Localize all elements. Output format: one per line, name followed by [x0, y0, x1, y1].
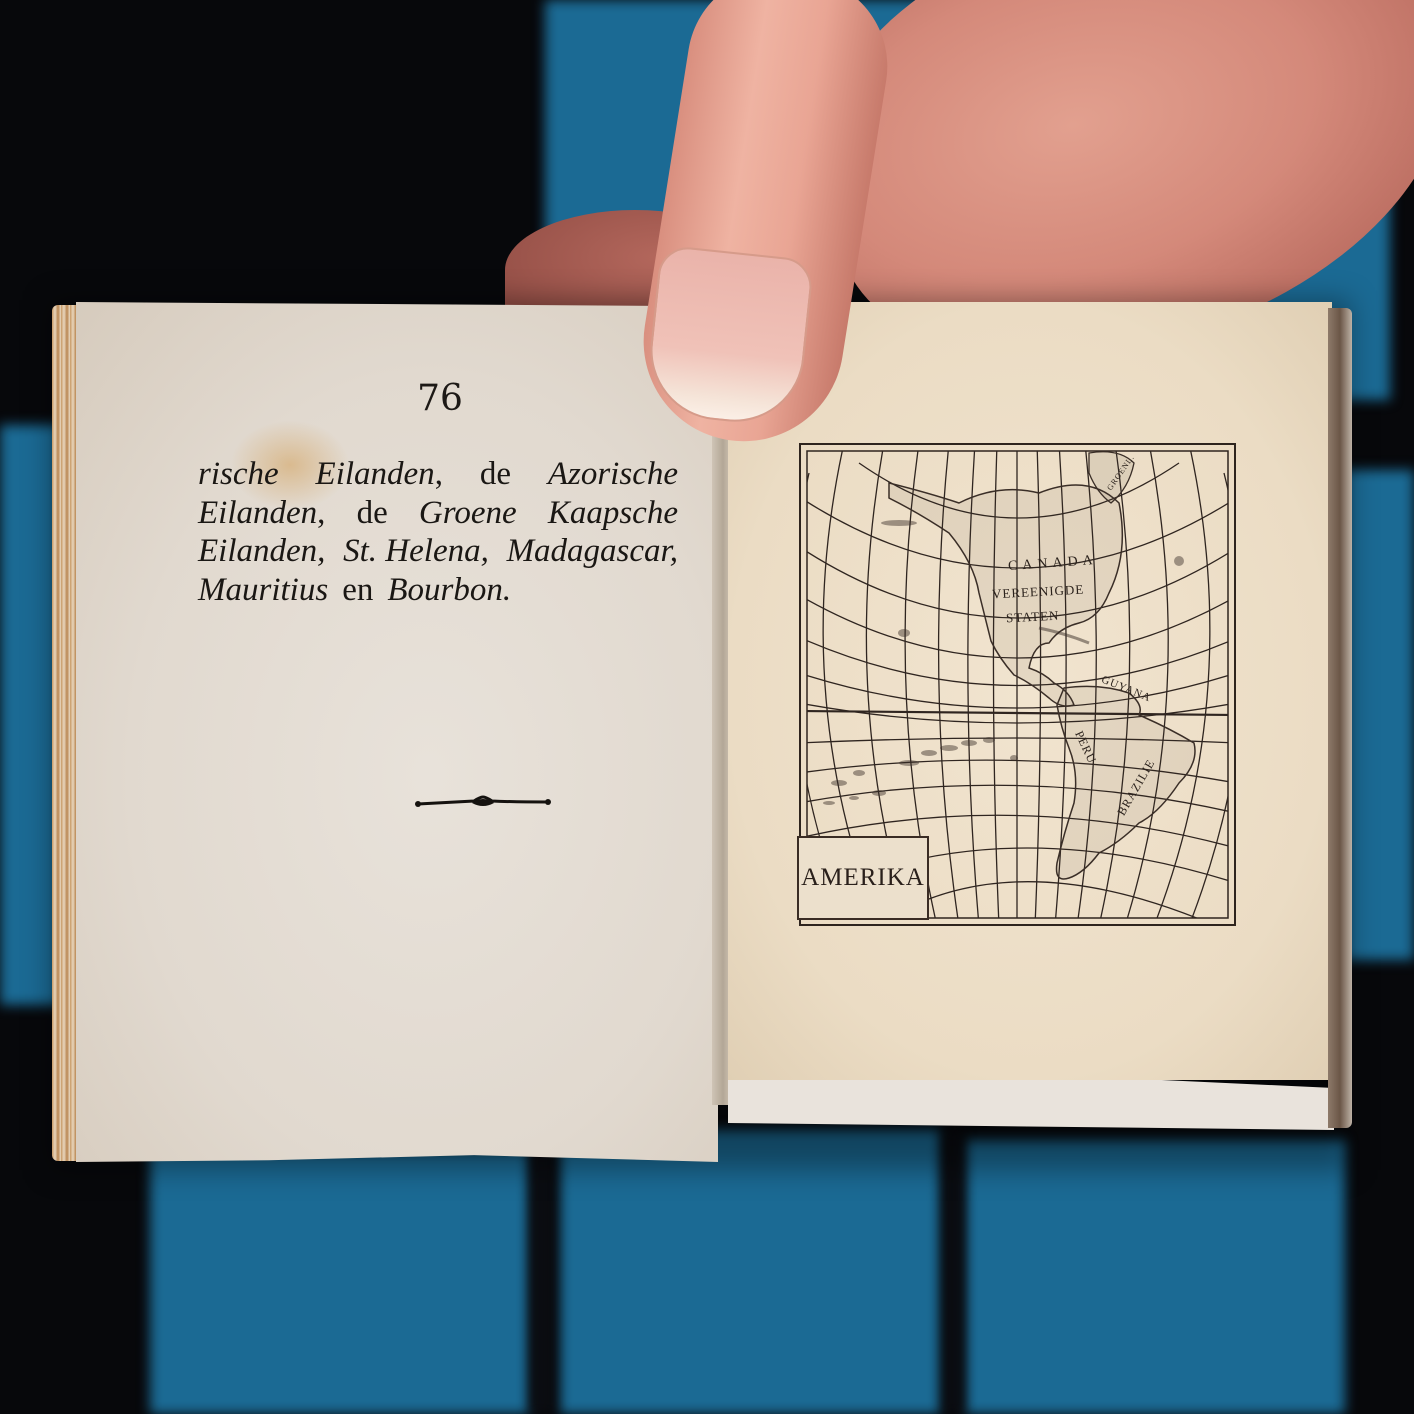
page-number: 76 [400, 378, 480, 419]
word: Bourbon. [387, 571, 511, 610]
punctuation: , [317, 495, 325, 531]
word: de [480, 455, 511, 494]
word: St. Helena, [343, 532, 489, 571]
word: de [357, 494, 388, 533]
spine-gap [530, 1130, 552, 1414]
map-title-cartouche: AMERIKA [797, 836, 929, 920]
background-book-spine [560, 1130, 940, 1414]
text-line: Mauritius en Bourbon. [198, 571, 678, 610]
word: Azorische [548, 455, 678, 494]
background-book-spine [965, 1140, 1345, 1414]
background-book-spine [1345, 470, 1414, 960]
punctuation: , [435, 456, 443, 492]
map-label-united-states: STATEN [1006, 608, 1060, 627]
text-line: Eilanden, St. Helena, Madagascar, [198, 532, 678, 571]
word: Eilanden [198, 495, 317, 531]
text-line: Eilanden, de Groene Kaapsche [198, 494, 678, 533]
text-line: rische Eilanden, de Azorische [198, 455, 678, 494]
left-page [76, 302, 718, 1162]
ornament-rule-icon [414, 795, 552, 811]
word: Eilanden [316, 456, 435, 492]
map-title: AMERIKA [801, 864, 925, 892]
spine-gap [945, 1130, 963, 1414]
word: Groene [419, 494, 517, 533]
word: Kaapsche [548, 494, 678, 533]
page-body-text: rische Eilanden, de Azorische Eilanden, … [198, 455, 678, 609]
book-fore-edge-right [1328, 308, 1352, 1128]
word: Mauritius [198, 571, 328, 610]
word: en [342, 571, 373, 610]
word: Eilanden, [198, 532, 325, 571]
word: Madagascar, [507, 532, 678, 571]
background-book-spine [150, 1150, 530, 1414]
word: rische [198, 455, 279, 494]
